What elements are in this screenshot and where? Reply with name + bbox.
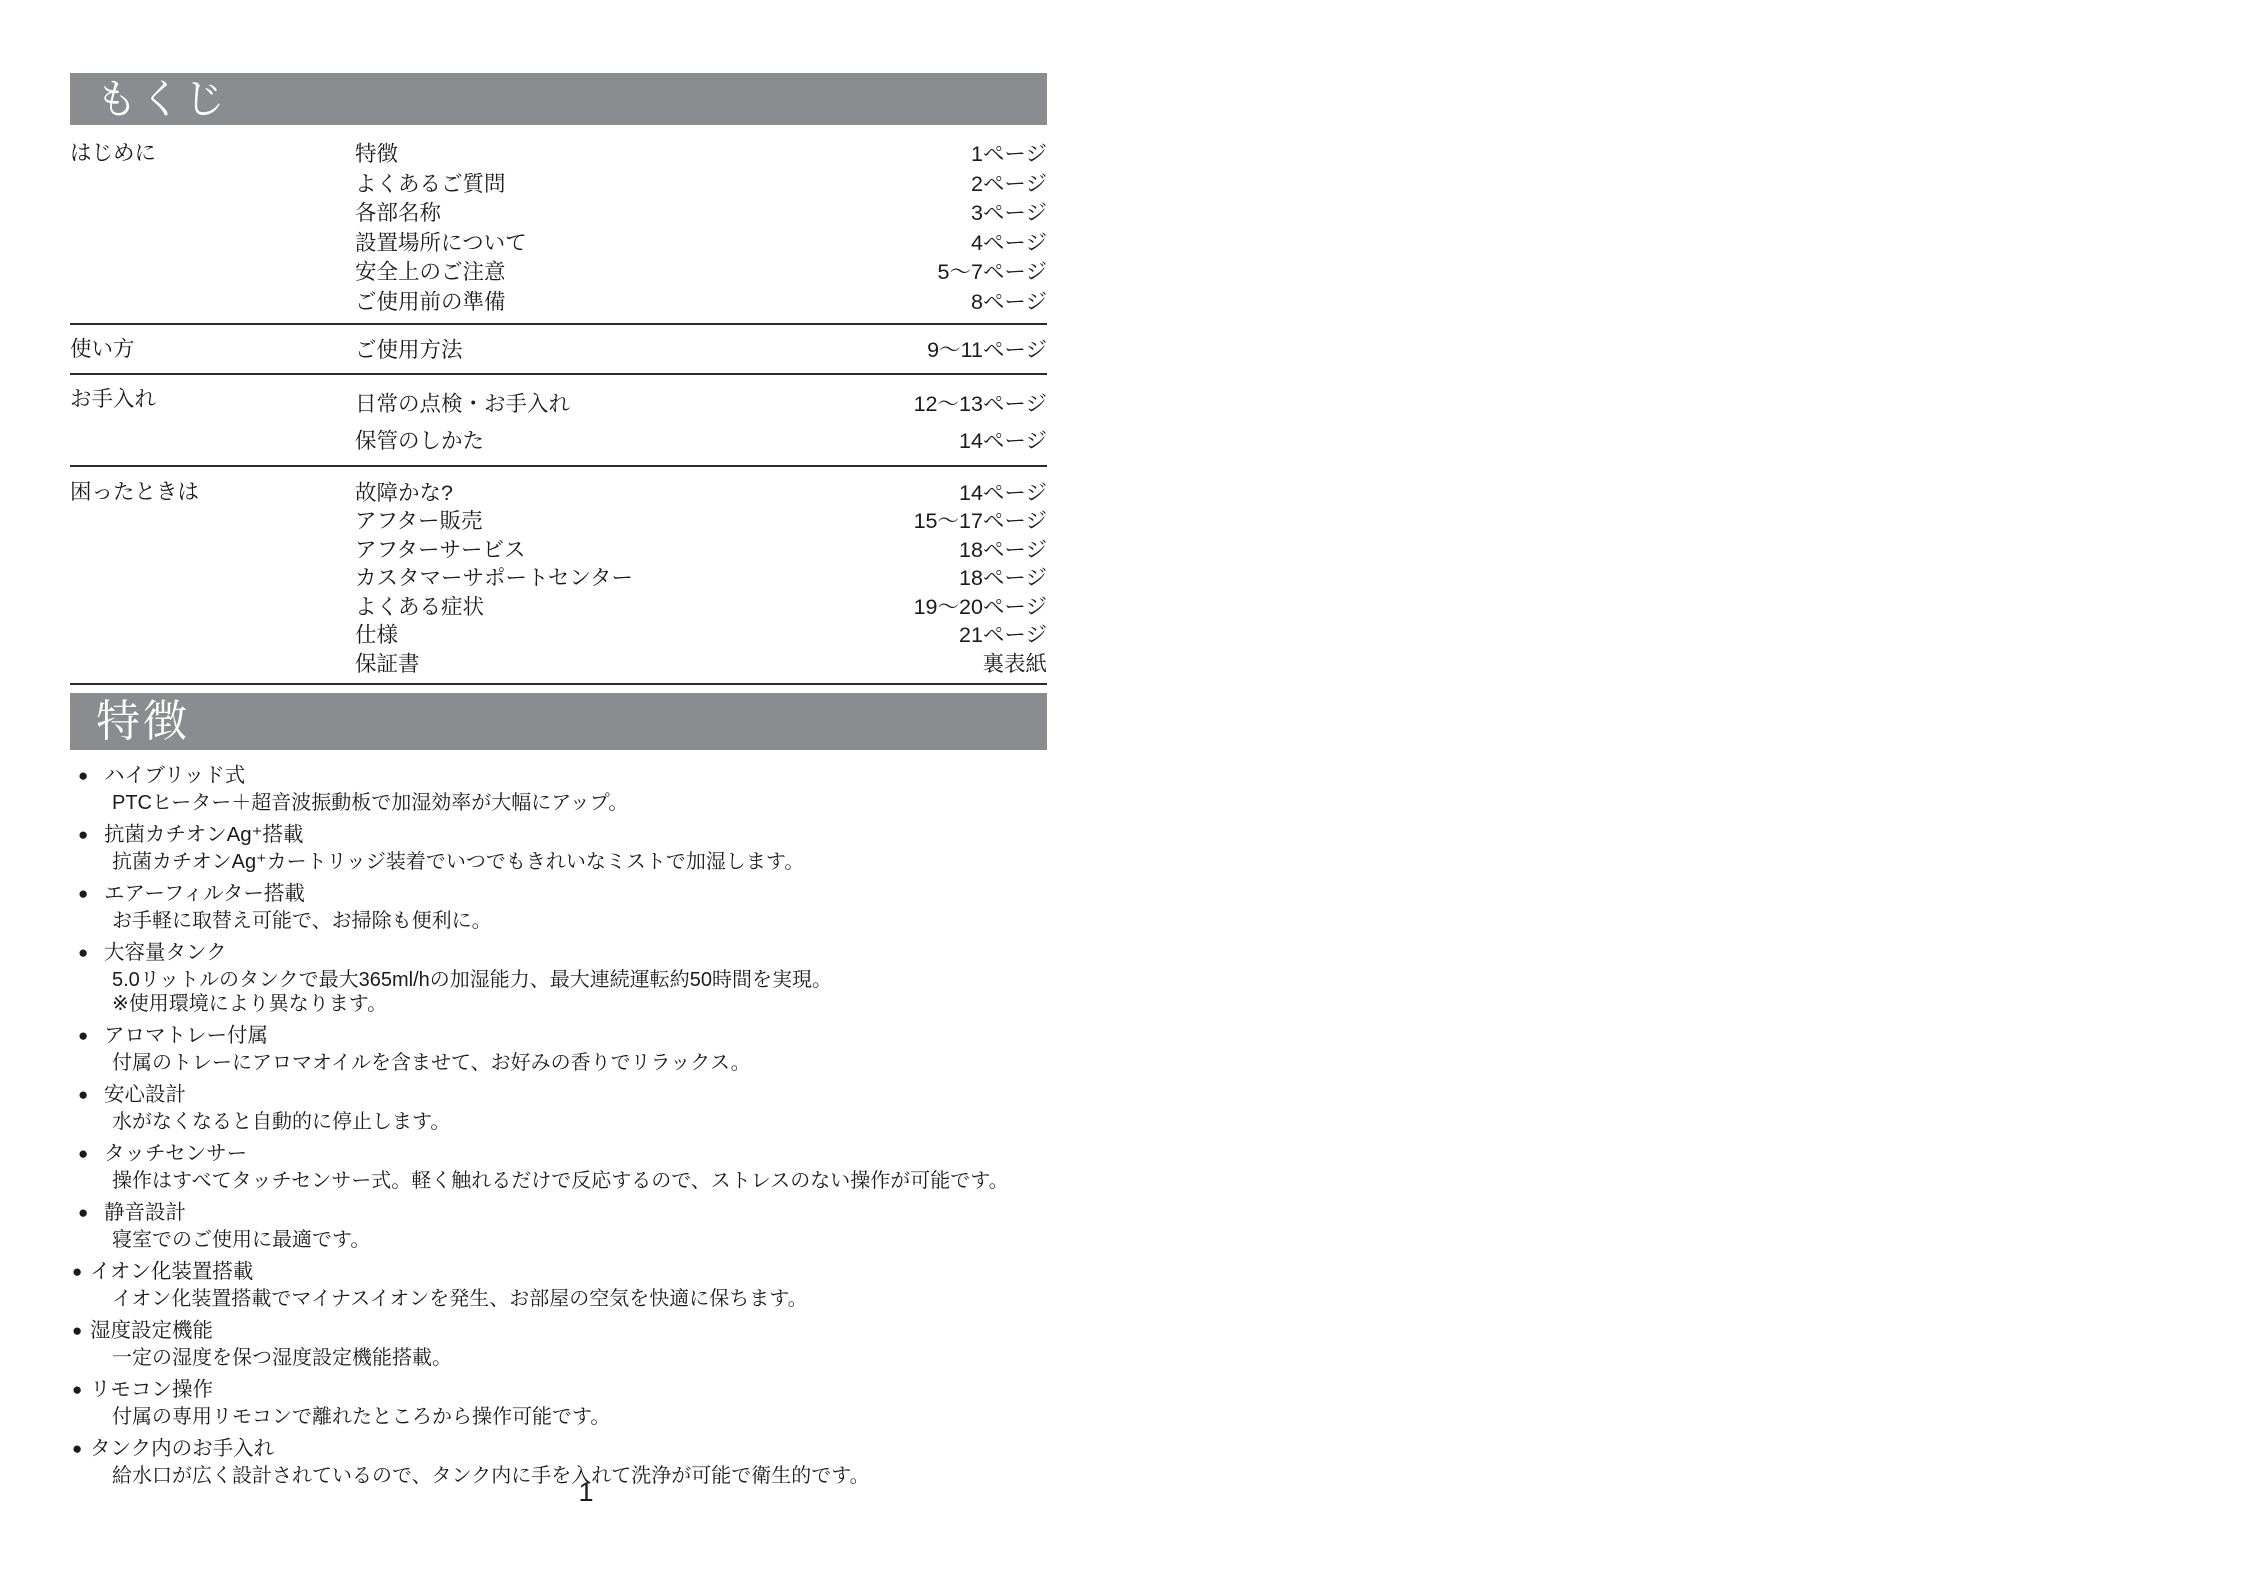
feature-title: 静音設計	[104, 1199, 186, 1226]
feature-desc: 操作はすべてタッチセンサー式。軽く触れるだけで反応するので、ストレスのない操作が…	[78, 1169, 1047, 1193]
toc-item-page: 15〜17ページ	[914, 504, 1047, 535]
toc-item-page: 裏表紙	[982, 647, 1047, 678]
feature-desc: 5.0リットルのタンクで最大365ml/hの加湿能力、最大連続運転約50時間を実…	[78, 968, 1047, 992]
section-header-mokuji-label: もくじ	[96, 76, 228, 122]
feature-title-row: ● 安心設計	[78, 1081, 1047, 1108]
feature-title-row: ● タンク内のお手入れ	[72, 1435, 1047, 1462]
feature-title-row: ● ハイブリッド式	[78, 762, 1047, 789]
feature-title-row: ● 抗菌カチオンAg⁺搭載	[78, 821, 1047, 848]
feature-title-row: ● エアーフィルター搭載	[78, 880, 1047, 907]
toc-row: よくあるご質問 2ページ	[355, 168, 1047, 198]
feature-desc: イオン化装置搭載でマイナスイオンを発生、お部屋の空気を快適に保ちます。	[72, 1287, 1047, 1311]
toc-row: 設置場所について 4ページ	[355, 227, 1047, 257]
feature-title: 大容量タンク	[104, 939, 227, 966]
bullet-icon: ●	[72, 1258, 90, 1285]
feature-item: ● 大容量タンク 5.0リットルのタンクで最大365ml/hの加湿能力、最大連続…	[70, 939, 1047, 1016]
toc-row: 各部名称 3ページ	[355, 197, 1047, 227]
toc-row: 保証書 裏表紙	[355, 648, 1047, 677]
toc-item-title: 保証書	[355, 647, 420, 678]
feature-title-row: ● リモコン操作	[72, 1376, 1047, 1403]
toc-item-title: 故障かな?	[355, 476, 453, 507]
section-header-tokucho: 特徴	[70, 693, 1047, 750]
toc-item-page: 9〜11ページ	[927, 333, 1047, 364]
toc-item-title: よくあるご質問	[355, 167, 506, 198]
feature-title-row: ● イオン化装置搭載	[72, 1258, 1047, 1285]
bullet-icon: ●	[78, 762, 104, 789]
toc-row: 安全上のご注意 5〜7ページ	[355, 256, 1047, 286]
feature-title: ハイブリッド式	[104, 762, 245, 789]
toc-rows: 故障かな? 14ページ アフター販売 15〜17ページ アフターサービス 18ペ…	[355, 477, 1047, 677]
feature-item: ● イオン化装置搭載 イオン化装置搭載でマイナスイオンを発生、お部屋の空気を快適…	[70, 1258, 1047, 1311]
toc-rows: ご使用方法 9〜11ページ	[355, 334, 1047, 364]
feature-item: ● 湿度設定機能 一定の湿度を保つ湿度設定機能搭載。	[70, 1317, 1047, 1370]
page-number: 1	[556, 1477, 616, 1508]
toc-item-page: 21ページ	[959, 618, 1047, 649]
toc-row: 特徴 1ページ	[355, 138, 1047, 168]
toc-rows: 特徴 1ページ よくあるご質問 2ページ 各部名称 3ページ 設置場所について …	[355, 138, 1047, 315]
feature-title-row: ● アロマトレー付属	[78, 1022, 1047, 1049]
toc-item-page: 1ページ	[971, 137, 1047, 168]
toc-row: ご使用前の準備 8ページ	[355, 286, 1047, 316]
feature-title: イオン化装置搭載	[90, 1258, 253, 1285]
toc-item-page: 14ページ	[959, 476, 1047, 507]
toc-item-title: 保管のしかた	[355, 424, 484, 455]
bullet-icon: ●	[78, 939, 104, 966]
feature-note: ※使用環境により異なります。	[78, 992, 1047, 1016]
feature-item: ● アロマトレー付属 付属のトレーにアロマオイルを含ませて、お好みの香りでリラッ…	[70, 1022, 1047, 1075]
toc-row: 故障かな? 14ページ	[355, 477, 1047, 506]
feature-title: タッチセンサー	[104, 1140, 247, 1167]
toc-group-label: お手入れ	[70, 384, 355, 458]
toc-group-label: 使い方	[70, 334, 355, 364]
feature-title: 抗菌カチオンAg⁺搭載	[104, 821, 304, 848]
feature-title: アロマトレー付属	[104, 1022, 268, 1049]
toc-item-page: 19〜20ページ	[914, 590, 1047, 621]
toc-row: 日常の点検・お手入れ 12〜13ページ	[355, 384, 1047, 421]
feature-title: 湿度設定機能	[90, 1317, 213, 1344]
feature-item: ● エアーフィルター搭載 お手軽に取替え可能で、お掃除も便利に。	[70, 880, 1047, 933]
toc-group-tsukaikata: 使い方 ご使用方法 9〜11ページ	[70, 323, 1047, 373]
toc-row: ご使用方法 9〜11ページ	[355, 334, 1047, 362]
toc-row: アフター販売 15〜17ページ	[355, 506, 1047, 535]
toc-item-title: 特徴	[355, 137, 398, 168]
feature-title-row: ● 湿度設定機能	[72, 1317, 1047, 1344]
toc-item-title: よくある症状	[355, 590, 484, 621]
bullet-icon: ●	[78, 880, 104, 907]
toc-item-title: アフター販売	[355, 504, 483, 535]
feature-title-row: ● タッチセンサー	[78, 1140, 1047, 1167]
toc-item-page: 8ページ	[971, 285, 1047, 316]
feature-item: ● ハイブリッド式 PTCヒーター＋超音波振動板で加湿効率が大幅にアップ。	[70, 762, 1047, 815]
toc-item-page: 2ページ	[971, 167, 1047, 198]
bullet-icon: ●	[78, 1199, 104, 1226]
feature-item: ● 静音設計 寝室でのご使用に最適です。	[70, 1199, 1047, 1252]
toc-item-page: 3ページ	[971, 196, 1047, 227]
toc-group-label: はじめに	[70, 138, 355, 315]
toc-item-page: 18ページ	[959, 561, 1047, 592]
section-header-tokucho-label: 特徴	[96, 697, 190, 746]
toc-item-title: ご使用前の準備	[355, 285, 506, 316]
feature-item: ● タッチセンサー 操作はすべてタッチセンサー式。軽く触れるだけで反応するので、…	[70, 1140, 1047, 1193]
toc-group-oteire: お手入れ 日常の点検・お手入れ 12〜13ページ 保管のしかた 14ページ	[70, 373, 1047, 465]
toc-item-page: 18ページ	[959, 533, 1047, 564]
toc-row: よくある症状 19〜20ページ	[355, 591, 1047, 620]
toc-group-hajimeni: はじめに 特徴 1ページ よくあるご質問 2ページ 各部名称 3ページ 設置場所…	[70, 125, 1047, 323]
toc-item-page: 14ページ	[959, 424, 1047, 455]
toc-item-title: ご使用方法	[355, 333, 463, 364]
feature-list: ● ハイブリッド式 PTCヒーター＋超音波振動板で加湿効率が大幅にアップ。 ● …	[70, 762, 1047, 1488]
feature-title-row: ● 静音設計	[78, 1199, 1047, 1226]
bullet-icon: ●	[72, 1317, 90, 1344]
toc-item-title: カスタマーサポートセンター	[355, 561, 633, 592]
feature-desc: 付属の専用リモコンで離れたところから操作可能です。	[72, 1405, 1047, 1429]
toc-item-title: 日常の点検・お手入れ	[355, 387, 570, 418]
toc-rows: 日常の点検・お手入れ 12〜13ページ 保管のしかた 14ページ	[355, 384, 1047, 458]
feature-desc: 抗菌カチオンAg⁺カートリッジ装着でいつでもきれいなミストで加湿します。	[78, 850, 1047, 874]
section-header-mokuji: もくじ	[70, 73, 1047, 125]
feature-desc: 寝室でのご使用に最適です。	[78, 1228, 1047, 1252]
feature-title: タンク内のお手入れ	[90, 1435, 274, 1462]
feature-item: ● リモコン操作 付属の専用リモコンで離れたところから操作可能です。	[70, 1376, 1047, 1429]
bullet-icon: ●	[72, 1435, 90, 1462]
toc-item-page: 5〜7ページ	[938, 255, 1048, 286]
toc-item-title: 安全上のご注意	[355, 255, 506, 286]
bullet-icon: ●	[78, 1081, 104, 1108]
manual-page: もくじ はじめに 特徴 1ページ よくあるご質問 2ページ 各部名称 3ページ …	[70, 73, 1047, 1494]
toc-group-komattatokiwa: 困ったときは 故障かな? 14ページ アフター販売 15〜17ページ アフターサ…	[70, 465, 1047, 683]
feature-item: ● 安心設計 水がなくなると自動的に停止します。	[70, 1081, 1047, 1134]
toc-item-title: アフターサービス	[355, 533, 526, 564]
toc-group-label: 困ったときは	[70, 477, 355, 677]
toc-row: 保管のしかた 14ページ	[355, 421, 1047, 458]
feature-item: ● 抗菌カチオンAg⁺搭載 抗菌カチオンAg⁺カートリッジ装着でいつでもきれいな…	[70, 821, 1047, 874]
feature-title: 安心設計	[104, 1081, 186, 1108]
toc-item-page: 12〜13ページ	[914, 387, 1047, 418]
toc-row: 仕様 21ページ	[355, 620, 1047, 649]
feature-desc: お手軽に取替え可能で、お掃除も便利に。	[78, 909, 1047, 933]
toc-item-title: 各部名称	[355, 196, 441, 227]
toc-item-title: 仕様	[355, 618, 398, 649]
feature-desc: 付属のトレーにアロマオイルを含ませて、お好みの香りでリラックス。	[78, 1051, 1047, 1075]
feature-desc: PTCヒーター＋超音波振動板で加湿効率が大幅にアップ。	[78, 791, 1047, 815]
bullet-icon: ●	[72, 1376, 90, 1403]
bullet-icon: ●	[78, 821, 104, 848]
feature-title: リモコン操作	[90, 1376, 213, 1403]
toc-row: アフターサービス 18ページ	[355, 534, 1047, 563]
bullet-icon: ●	[78, 1140, 104, 1167]
feature-desc: 水がなくなると自動的に停止します。	[78, 1110, 1047, 1134]
toc-item-page: 4ページ	[971, 226, 1047, 257]
table-of-contents: はじめに 特徴 1ページ よくあるご質問 2ページ 各部名称 3ページ 設置場所…	[70, 125, 1047, 685]
toc-row: カスタマーサポートセンター 18ページ	[355, 563, 1047, 592]
feature-desc: 一定の湿度を保つ湿度設定機能搭載。	[72, 1346, 1047, 1370]
toc-item-title: 設置場所について	[355, 226, 527, 257]
bullet-icon: ●	[78, 1022, 104, 1049]
feature-title: エアーフィルター搭載	[104, 880, 305, 907]
feature-title-row: ● 大容量タンク	[78, 939, 1047, 966]
